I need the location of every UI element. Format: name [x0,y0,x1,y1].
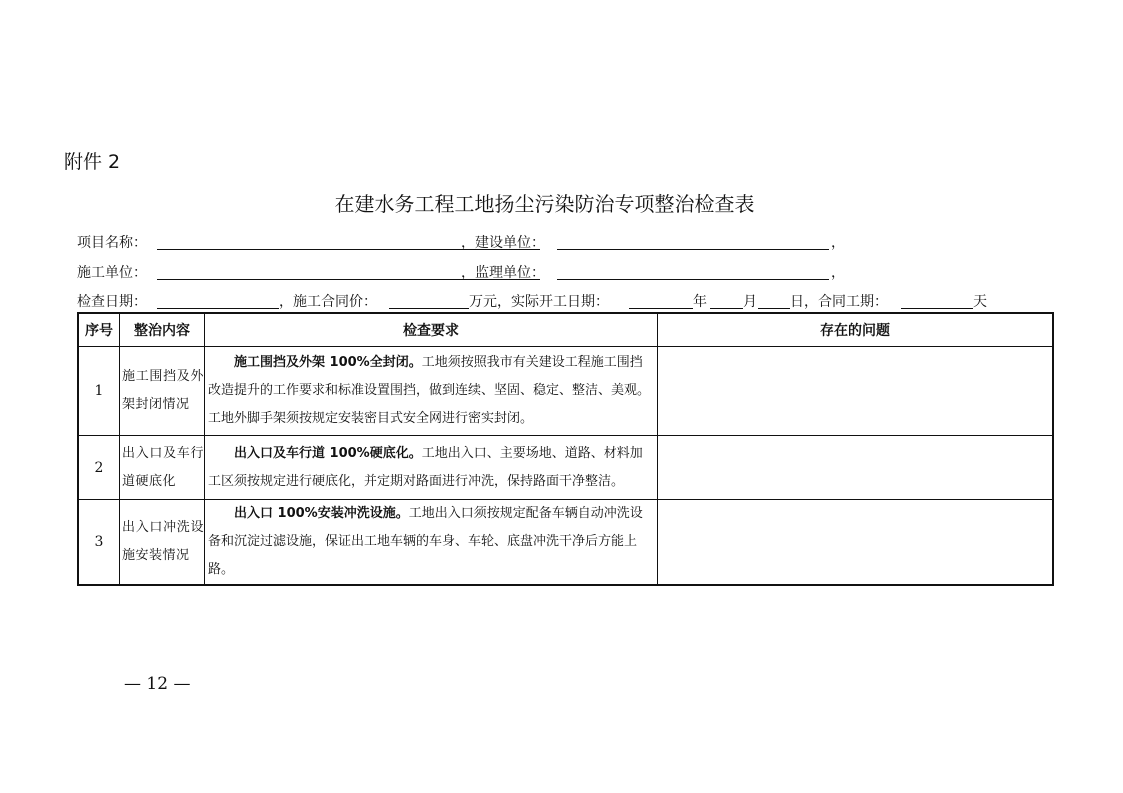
requirement-headline: 出入口 100%安装冲洗设施。 [234,506,409,521]
contractor-label: 施工单位： [77,262,147,282]
attachment-label: 附件 2 [64,147,120,174]
supervisor-field[interactable] [557,262,829,280]
row-requirement: 施工围挡及外架 100%全封闭。工地须按照我市有关建设工程施工围挡改造提升的工作… [205,347,658,436]
row-issues-field[interactable] [658,347,1054,436]
table-row: 1 施工围挡及外架封闭情况 施工围挡及外架 100%全封闭。工地须按照我市有关建… [78,347,1053,436]
check-date-field[interactable] [157,291,279,309]
start-month-field[interactable] [710,291,743,309]
page-number: — 12 — [124,674,190,694]
start-year-field[interactable] [629,291,693,309]
supervisor-label: ，监理单位： [461,262,545,282]
month-label: 月 [743,291,757,311]
header-requirement: 检查要求 [205,313,658,347]
row-no: 1 [78,347,120,436]
row-requirement: 出入口及车行道 100%硬底化。工地出入口、主要场地、道路、材料加工区须按规定进… [205,436,658,500]
year-label: 年 [693,291,707,311]
start-date-label: 万元，实际开工日期： [469,291,609,311]
builder-label: ，建设单位： [461,232,545,252]
duration-field[interactable] [901,291,973,309]
row-requirement: 出入口 100%安装冲洗设施。工地出入口须按规定配备车辆自动冲洗设备和沉淀过滤设… [205,500,658,586]
meta-row-contractor: 施工单位： ，监理单位： ， [77,262,1057,282]
header-issues: 存在的问题 [658,313,1054,347]
row-no: 2 [78,436,120,500]
table-row: 3 出入口冲洗设施安装情况 出入口 100%安装冲洗设施。工地出入口须按规定配备… [78,500,1053,586]
contract-price-field[interactable] [389,291,469,309]
header-no: 序号 [78,313,120,347]
row-item: 出入口冲洗设施安装情况 [120,500,205,586]
inspection-table: 序号 整治内容 检查要求 存在的问题 1 施工围挡及外架封闭情况 施工围挡及外架… [77,312,1054,586]
duration-label: 日，合同工期： [790,291,888,311]
page-title: 在建水务工程工地扬尘污染防治专项整治检查表 [0,188,1089,217]
header-item: 整治内容 [120,313,205,347]
contract-price-label: ，施工合同价： [279,291,377,311]
requirement-headline: 施工围挡及外架 100%全封闭。 [234,355,422,370]
row-issues-field[interactable] [658,500,1054,586]
meta-row-dates: 检查日期： ，施工合同价： 万元，实际开工日期： 年 月 日，合同工期： 天 [77,291,1057,311]
row-item: 施工围挡及外架封闭情况 [120,347,205,436]
table-row: 2 出入口及车行道硬底化 出入口及车行道 100%硬底化。工地出入口、主要场地、… [78,436,1053,500]
comma: ， [831,262,845,282]
row-issues-field[interactable] [658,436,1054,500]
row-item: 出入口及车行道硬底化 [120,436,205,500]
project-name-label: 项目名称： [77,232,147,252]
comma: ， [831,232,845,252]
days-unit: 天 [973,291,987,311]
table-header-row: 序号 整治内容 检查要求 存在的问题 [78,313,1053,347]
start-day-field[interactable] [758,291,790,309]
builder-field[interactable] [557,232,829,250]
requirement-headline: 出入口及车行道 100%硬底化。 [234,446,422,461]
check-date-label: 检查日期： [77,291,147,311]
row-no: 3 [78,500,120,586]
meta-row-project: 项目名称： ，建设单位： ， [77,232,1057,252]
